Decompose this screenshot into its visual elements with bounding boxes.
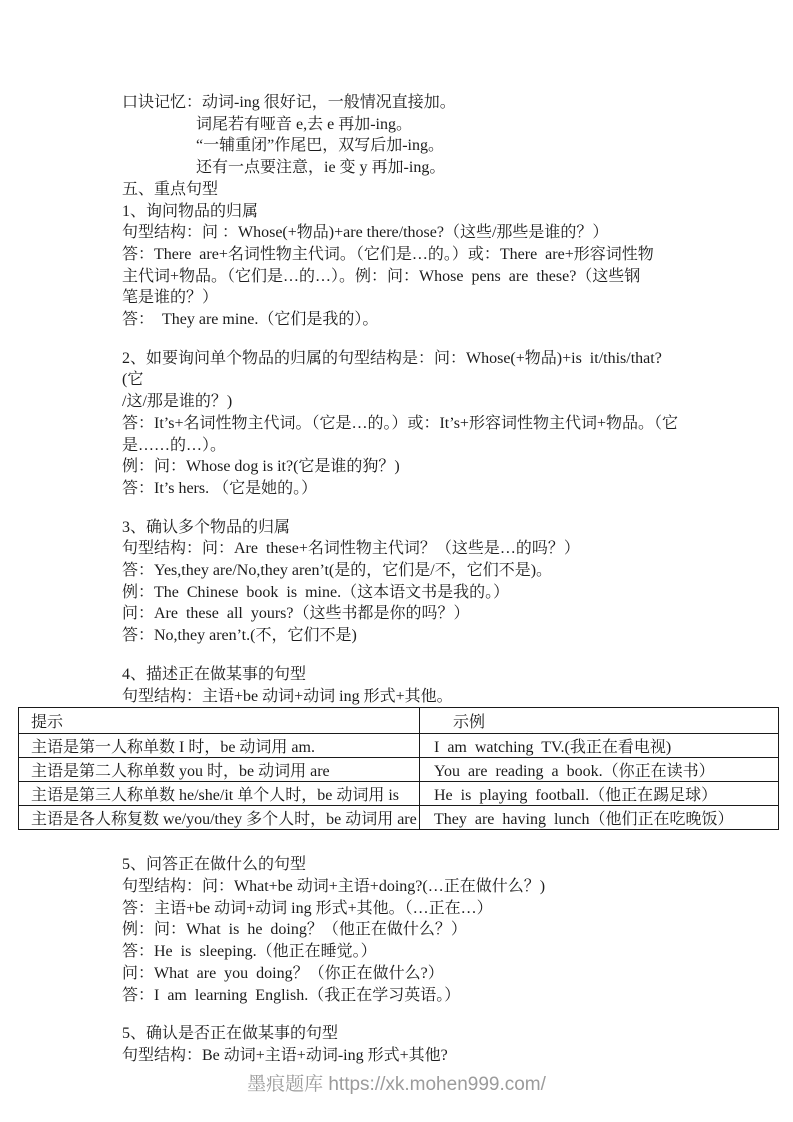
text-line: 4、描述正在做某事的句型 (122, 664, 678, 686)
text-line: 句型结构：主语+be 动词+动词 ing 形式+其他。 (122, 686, 678, 708)
watermark-footer: 墨痕题库 https://xk.mohen999.com/ (0, 1069, 793, 1096)
text-line: 句型结构：问：Are these+名词性物主代词？（这些是…的吗？） (122, 538, 678, 560)
header-cell-example: 示例 (420, 708, 779, 734)
text-line: 答：It’s hers. （它是她的。） (122, 478, 678, 500)
tip-cell: 主语是第三人称单数 he/she/it 单个人时，be 动词用 is (19, 782, 420, 806)
grammar-table: 提示 示例 主语是第一人称单数 I 时，be 动词用 am.I am watch… (18, 707, 779, 830)
text-line: 词尾若有哑音 e,去 e 再加-ing。 (122, 114, 678, 136)
text-line: 口诀记忆：动词-ing 很好记，一般情况直接加。 (122, 92, 678, 114)
text-line: 句型结构：Be 动词+主语+动词-ing 形式+其他? (122, 1045, 678, 1067)
text-line: 例：The Chinese book is mine.（这本语文书是我的。） (122, 582, 678, 604)
text-line: 答：Yes,they are/No,they aren’t(是的，它们是/不，它… (122, 560, 678, 582)
example-cell: He is playing football.（他正在踢足球） (420, 782, 779, 806)
text-line: 答：It’s+名词性物主代词。（它是…的。）或：It’s+形容词性物主代词+物品… (122, 413, 678, 435)
text-line: 2、如要询问单个物品的归属的句型结构是：问：Whose(+物品)+is it/t… (122, 348, 678, 391)
text-line: 句型结构：问 ：Whose(+物品)+are there/those?（这些/那… (122, 222, 678, 244)
text-block-lower: 5、问答正在做什么的句型句型结构：问：What+be 动词+主语+doing?(… (122, 854, 678, 1066)
text-line: 例：问：Whose dog is it?(它是谁的狗？) (122, 456, 678, 478)
text-line: 1、询问物品的归属 (122, 201, 678, 223)
text-line: 答：No,they aren’t.(不，它们不是) (122, 625, 678, 647)
table-row: 主语是各人称复数 we/you/they 多个人时，be 动词用 areThey… (19, 806, 779, 830)
text-line: 5、问答正在做什么的句型 (122, 854, 678, 876)
text-line: /这/那是谁的？) (122, 391, 678, 413)
text-line: 答：He is sleeping.（他正在睡觉。） (122, 941, 678, 963)
text-line: 还有一点要注意，ie 变 y 再加-ing。 (122, 157, 678, 179)
text-line: 句型结构：问：What+be 动词+主语+doing?(…正在做什么？) (122, 876, 678, 898)
table-row: 主语是第三人称单数 he/she/it 单个人时，be 动词用 isHe is … (19, 782, 779, 806)
example-cell: I am watching TV.(我正在看电视) (420, 734, 779, 758)
text-line: “一辅重闭”作尾巴，双写后加-ing。 (122, 135, 678, 157)
text-line: 例：问：What is he doing？（他正在做什么？） (122, 919, 678, 941)
text-line: 笔是谁的？） (122, 287, 678, 309)
document-page: 口诀记忆：动词-ing 很好记，一般情况直接加。词尾若有哑音 e,去 e 再加-… (0, 0, 793, 1122)
text-line: 5、确认是否正在做某事的句型 (122, 1023, 678, 1045)
example-cell: You are reading a book.（你正在读书） (420, 758, 779, 782)
grammar-table-header: 提示 示例 (19, 708, 779, 734)
watermark-text: 墨痕题库 https://xk.mohen999.com/ (247, 1074, 546, 1095)
text-line: 主代词+物品。（它们是…的…）。例：问：Whose pens are these… (122, 266, 678, 288)
text-line: 五、重点句型 (122, 179, 678, 201)
text-line: 答：主语+be 动词+动词 ing 形式+其他。（…正在…） (122, 898, 678, 920)
text-line: 答：I am learning English.（我正在学习英语。） (122, 985, 678, 1007)
text-line: 是……的…）。 (122, 435, 678, 457)
table-header-row: 提示 示例 (19, 708, 779, 734)
tip-cell: 主语是第一人称单数 I 时，be 动词用 am. (19, 734, 420, 758)
table-row: 主语是第一人称单数 I 时，be 动词用 am.I am watching TV… (19, 734, 779, 758)
header-cell-tip: 提示 (19, 708, 420, 734)
text-line: 问：Are these all yours?（这些书都是你的吗？） (122, 603, 678, 625)
text-line: 问：What are you doing？（你正在做什么?） (122, 963, 678, 985)
text-line: 答： They are mine.（它们是我的）。 (122, 309, 678, 331)
tip-cell: 主语是各人称复数 we/you/they 多个人时，be 动词用 are (19, 806, 420, 830)
text-block-upper: 口诀记忆：动词-ing 很好记，一般情况直接加。词尾若有哑音 e,去 e 再加-… (122, 92, 678, 707)
grammar-table-body: 主语是第一人称单数 I 时，be 动词用 am.I am watching TV… (19, 734, 779, 830)
table-row: 主语是第二人称单数 you 时，be 动词用 areYou are readin… (19, 758, 779, 782)
tip-cell: 主语是第二人称单数 you 时，be 动词用 are (19, 758, 420, 782)
text-line: 答：There are+名词性物主代词。（它们是…的。）或：There are+… (122, 244, 678, 266)
text-line: 3、确认多个物品的归属 (122, 517, 678, 539)
example-cell: They are having lunch（他们正在吃晚饭） (420, 806, 779, 830)
document-content: 口诀记忆：动词-ing 很好记，一般情况直接加。词尾若有哑音 e,去 e 再加-… (18, 92, 778, 1067)
